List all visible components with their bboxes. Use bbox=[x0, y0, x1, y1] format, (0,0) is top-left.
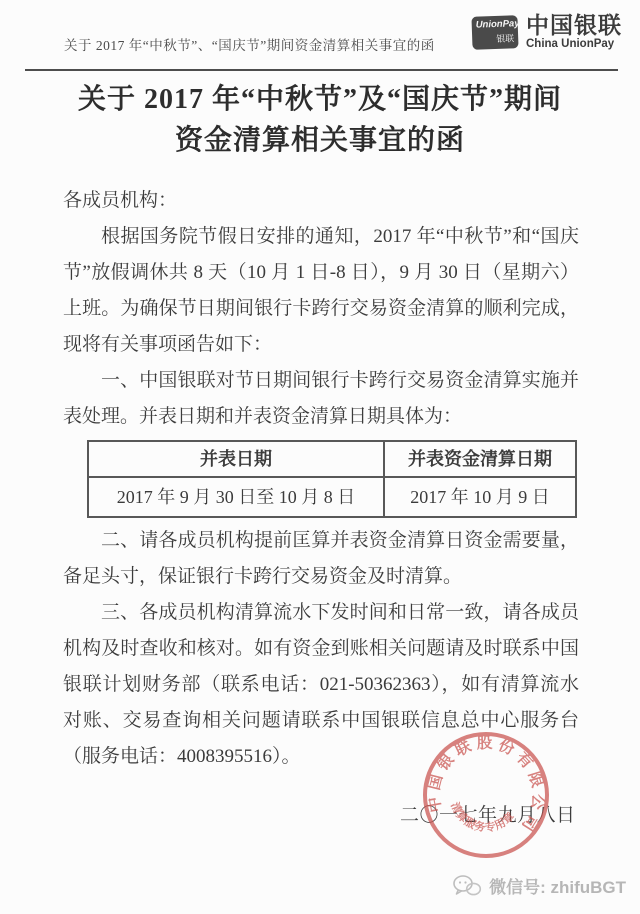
logo-name-en: China UnionPay bbox=[526, 39, 622, 51]
logo-card-brand: UnionPay bbox=[476, 18, 514, 30]
document-body: 各成员机构： 根据国务院节假日安排的通知，2017 年“中秋节”和“国庆节”放假… bbox=[63, 183, 579, 775]
logo-name-cn: 中国银联 bbox=[526, 14, 622, 37]
wechat-watermark: 微信号: zhifuBGT bbox=[452, 873, 626, 898]
table-header-settlement-date: 并表资金清算日期 bbox=[384, 441, 576, 477]
paragraph-item-1: 一、中国银联对节日期间银行卡跨行交易资金清算实施并表处理。并表日期和并表资金清算… bbox=[63, 363, 579, 435]
paragraph-intro: 根据国务院节假日安排的通知，2017 年“中秋节”和“国庆节”放假调休共 8 天… bbox=[63, 219, 579, 363]
header-subject-line: 关于 2017 年“中秋节”、“国庆节”期间资金清算相关事宜的函 bbox=[64, 34, 435, 54]
svg-text:中国银联股份有限公司: 中国银联股份有限公司 bbox=[419, 723, 557, 836]
seal-company-name: 中国银联股份有限公司 bbox=[419, 723, 557, 836]
table-header-consolidation-date: 并表日期 bbox=[88, 441, 384, 477]
company-seal-stamp: 中国银联股份有限公司 清算服务专用章 bbox=[407, 716, 565, 874]
unionpay-card-icon: UnionPay 银联 bbox=[471, 15, 518, 50]
title-line-2: 资金清算相关事宜的函 bbox=[175, 125, 465, 156]
seal-caption: 清算服务专用章 bbox=[444, 798, 518, 840]
settlement-date-table: 并表日期 并表资金清算日期 2017 年 9 月 30 日至 10 月 8 日 … bbox=[87, 440, 577, 518]
logo-wordmark: 中国银联 China UnionPay bbox=[526, 14, 622, 51]
unionpay-logo: UnionPay 银联 中国银联 China UnionPay bbox=[472, 14, 622, 51]
title-line-1: 关于 2017 年“中秋节”及“国庆节”期间 bbox=[78, 84, 562, 115]
paragraph-item-2: 二、请各成员机构提前匡算并表资金清算日资金需要量，备足头寸，保证银行卡跨行交易资… bbox=[63, 523, 579, 595]
table-header-row: 并表日期 并表资金清算日期 bbox=[88, 441, 576, 477]
svg-text:清算服务专用章: 清算服务专用章 bbox=[444, 798, 518, 840]
salutation: 各成员机构： bbox=[63, 183, 579, 219]
table-row: 2017 年 9 月 30 日至 10 月 8 日 2017 年 10 月 9 … bbox=[88, 477, 576, 517]
table-cell-settlement-date: 2017 年 10 月 9 日 bbox=[384, 477, 576, 517]
logo-card-cn: 银联 bbox=[476, 31, 514, 45]
table-cell-consolidation-date: 2017 年 9 月 30 日至 10 月 8 日 bbox=[88, 477, 384, 517]
watermark-text: 微信号: zhifuBGT bbox=[489, 873, 626, 898]
header-divider bbox=[25, 69, 618, 71]
wechat-icon bbox=[452, 874, 482, 898]
document-title: 关于 2017 年“中秋节”及“国庆节”期间 资金清算相关事宜的函 bbox=[30, 79, 610, 161]
document-page: 关于 2017 年“中秋节”、“国庆节”期间资金清算相关事宜的函 UnionPa… bbox=[0, 0, 640, 914]
